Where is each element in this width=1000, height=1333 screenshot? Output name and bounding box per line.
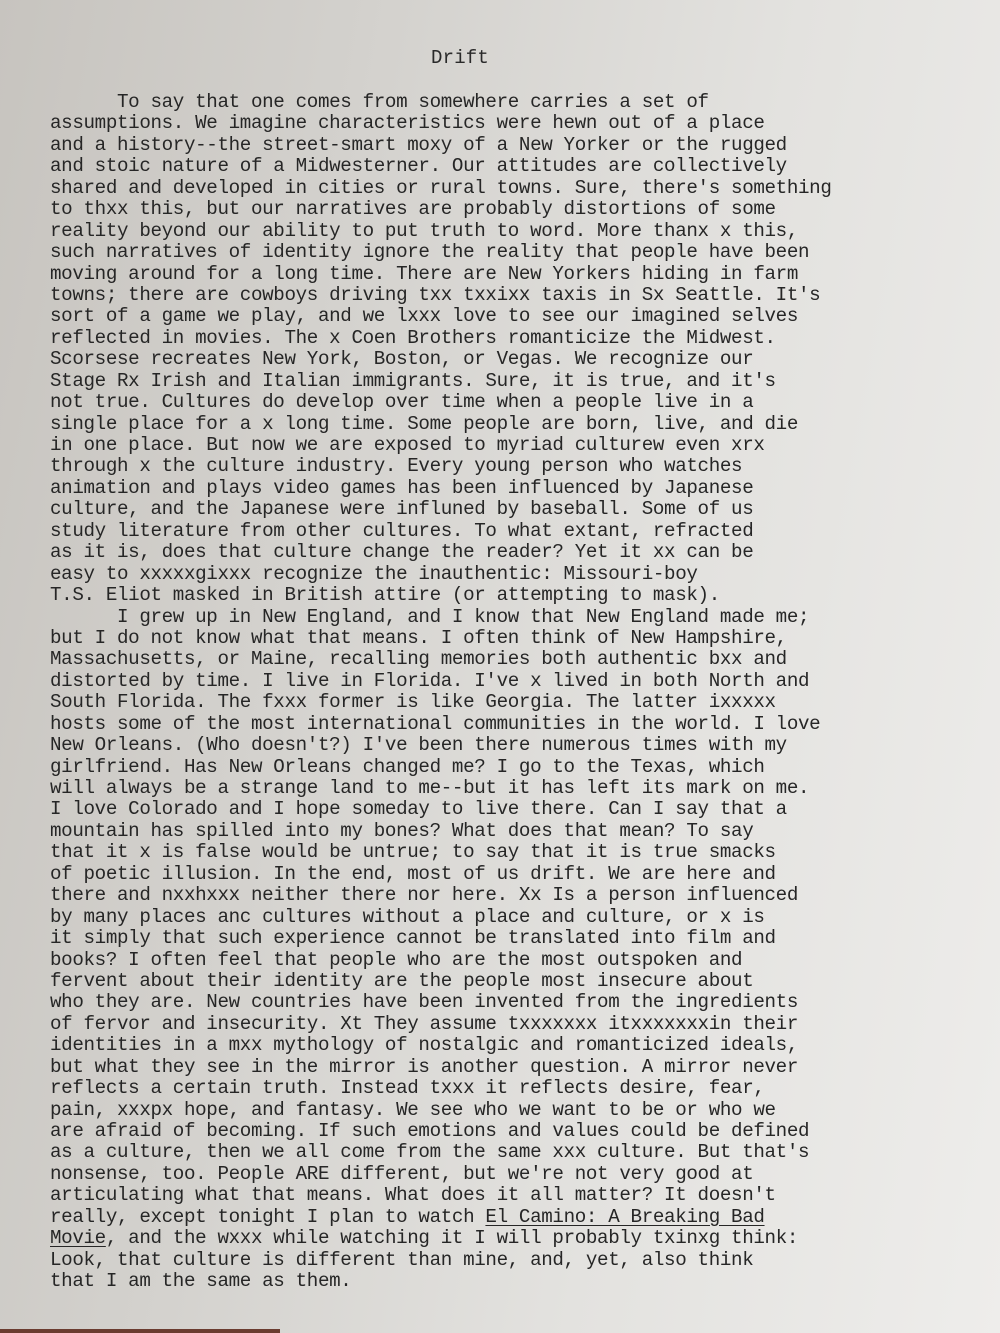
text-line: identities in a mxx mythology of nostalg… [50,1035,832,1056]
text-line: and stoic nature of a Midwesterner. Our … [50,156,832,177]
text-line: through x the culture industry. Every yo… [50,456,832,477]
text-line: nonsense, too. People ARE different, but… [50,1164,832,1185]
text-line: by many places anc cultures without a pl… [50,907,832,928]
text-line: culture, and the Japanese were influned … [50,499,832,520]
text-line: single place for a x long time. Some peo… [50,414,832,435]
text-line: Stage Rx Irish and Italian immigrants. S… [50,371,832,392]
text-line: will always be a strange land to me--but… [50,778,832,799]
text-line: distorted by time. I live in Florida. I'… [50,671,832,692]
text-line: that it x is false would be untrue; to s… [50,842,832,863]
text-line: reflects a certain truth. Instead txxx i… [50,1078,832,1099]
text-line: as it is, does that culture change the r… [50,542,832,563]
text-line: of poetic illusion. In the end, most of … [50,864,832,885]
text-line: it simply that such experience cannot be… [50,928,832,949]
text-line: easy to xxxxxgixxx recognize the inauthe… [50,564,832,585]
text-line: such narratives of identity ignore the r… [50,242,832,263]
text-line: but I do not know what that means. I oft… [50,628,832,649]
text-line: I grew up in New England, and I know tha… [50,607,832,628]
text-line: shared and developed in cities or rural … [50,178,832,199]
text-line: To say that one comes from somewhere car… [50,92,832,113]
text-line: reflected in movies. The x Coen Brothers… [50,328,832,349]
text-line: fervent about their identity are the peo… [50,971,832,992]
text-line: as a culture, then we all come from the … [50,1142,832,1163]
text-line: articulating what that means. What does … [50,1185,832,1206]
text-line: are afraid of becoming. If such emotions… [50,1121,832,1142]
text-line: but what they see in the mirror is anoth… [50,1057,832,1078]
text-line: Movie, and the wxxx while watching it I … [50,1228,832,1249]
text-line: assumptions. We imagine characteristics … [50,113,832,134]
text-line: of fervor and insecurity. Xt They assume… [50,1014,832,1035]
text-line: really, except tonight I plan to watch E… [50,1207,832,1228]
film-title-underlined: El Camino: A Breaking Bad [485,1206,764,1228]
text-line: study literature from other cultures. To… [50,521,832,542]
text-line: moving around for a long time. There are… [50,264,832,285]
text-line: mountain has spilled into my bones? What… [50,821,832,842]
text-line: to thxx this, but our narratives are pro… [50,199,832,220]
text-line: sort of a game we play, and we lxxx love… [50,306,832,327]
text-line: towns; there are cowboys driving txx txx… [50,285,832,306]
text-line: I love Colorado and I hope someday to li… [50,799,832,820]
text-line: Scorsese recreates New York, Boston, or … [50,349,832,370]
text-line: pain, xxxpx hope, and fantasy. We see wh… [50,1100,832,1121]
text-line: who they are. New countries have been in… [50,992,832,1013]
text-line: animation and plays video games has been… [50,478,832,499]
text-line: New Orleans. (Who doesn't?) I've been th… [50,735,832,756]
text-line: and a history--the street-smart moxy of … [50,135,832,156]
text-line: Look, that culture is different than min… [50,1250,832,1271]
text-line: books? I often feel that people who are … [50,950,832,971]
typewritten-page: Drift To say that one comes from somewhe… [0,0,1000,1333]
document-title: Drift [0,47,920,69]
text-line: there and nxxhxxx neither there nor here… [50,885,832,906]
text-line: that I am the same as them. [50,1271,832,1292]
text-line: hosts some of the most international com… [50,714,832,735]
text-line: not true. Cultures do develop over time … [50,392,832,413]
text-line: in one place. But now we are exposed to … [50,435,832,456]
text-line: reality beyond our ability to put truth … [50,221,832,242]
text-line: T.S. Eliot masked in British attire (or … [50,585,832,606]
desk-edge [0,1329,280,1333]
film-title-underlined: Movie [50,1227,106,1249]
text-line: girlfriend. Has New Orleans changed me? … [50,757,832,778]
document-body: To say that one comes from somewhere car… [50,92,832,1293]
text-line: South Florida. The fxxx former is like G… [50,692,832,713]
text-line: Massachusetts, or Maine, recalling memor… [50,649,832,670]
